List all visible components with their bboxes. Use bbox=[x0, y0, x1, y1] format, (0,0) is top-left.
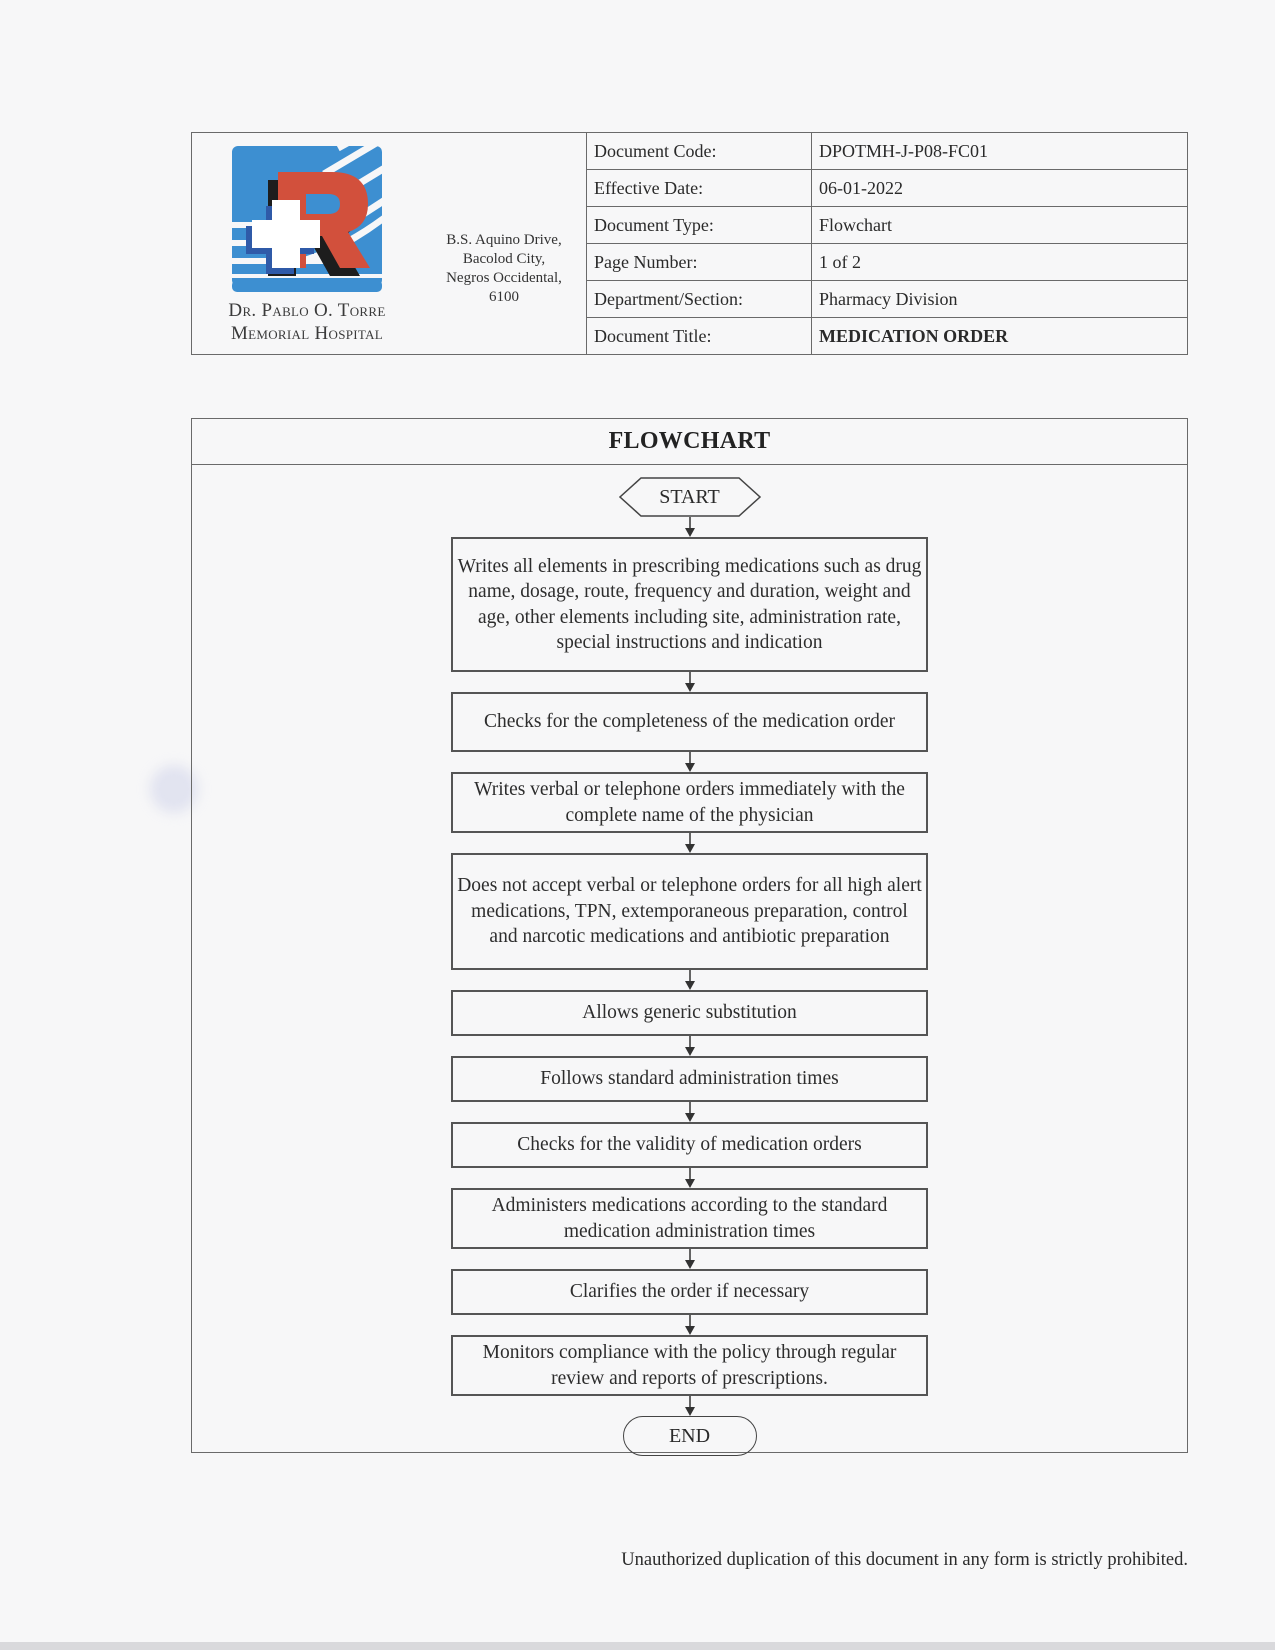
scan-edge bbox=[0, 1642, 1275, 1650]
end-terminal: END bbox=[623, 1416, 757, 1456]
address-line4: 6100 bbox=[424, 288, 584, 307]
meta-row-effective-date: Effective Date: 06-01-2022 bbox=[587, 170, 1187, 207]
flowchart-frame: FLOWCHART START Writes all elements in p… bbox=[191, 418, 1188, 1453]
flow-arrow-down-icon bbox=[683, 1315, 697, 1335]
meta-label: Department/Section: bbox=[587, 281, 812, 317]
flow-arrow-down-icon bbox=[683, 752, 697, 772]
flow-step-3: Writes verbal or telephone orders immedi… bbox=[451, 772, 928, 833]
meta-value-page-number: 1 of 2 bbox=[812, 244, 1187, 280]
hospital-name: Dr. Pablo O. Torre Memorial Hospital bbox=[192, 299, 422, 345]
flow-step-6: Follows standard administration times bbox=[451, 1056, 928, 1102]
meta-label: Document Title: bbox=[587, 318, 812, 354]
flowchart-body: START Writes all elements in prescribing… bbox=[192, 465, 1187, 1456]
start-label: START bbox=[659, 486, 720, 509]
flow-step-1: Writes all elements in prescribing medic… bbox=[451, 537, 928, 672]
meta-value-document-code: DPOTMH-J-P08-FC01 bbox=[812, 133, 1187, 169]
flow-step-2: Checks for the completeness of the medic… bbox=[451, 692, 928, 752]
meta-row-document-code: Document Code: DPOTMH-J-P08-FC01 bbox=[587, 133, 1187, 170]
flow-step-9: Clarifies the order if necessary bbox=[451, 1269, 928, 1315]
meta-row-page-number: Page Number: 1 of 2 bbox=[587, 244, 1187, 281]
flow-step-10: Monitors compliance with the policy thro… bbox=[451, 1335, 928, 1396]
meta-value-effective-date: 06-01-2022 bbox=[812, 170, 1187, 206]
flow-arrow-down-icon bbox=[683, 517, 697, 537]
flowchart-title: FLOWCHART bbox=[192, 419, 1187, 465]
flow-arrow-down-icon bbox=[683, 1102, 697, 1122]
hospital-name-line2: Memorial Hospital bbox=[192, 322, 422, 345]
meta-value-department: Pharmacy Division bbox=[812, 281, 1187, 317]
meta-label: Page Number: bbox=[587, 244, 812, 280]
hospital-address: B.S. Aquino Drive, Bacolod City, Negros … bbox=[424, 231, 584, 307]
hospital-brand: Dr. Pablo O. Torre Memorial Hospital B.S… bbox=[192, 133, 587, 354]
flow-arrow-down-icon bbox=[683, 833, 697, 853]
flow-arrow-down-icon bbox=[683, 1396, 697, 1416]
meta-label: Document Type: bbox=[587, 207, 812, 243]
meta-label: Effective Date: bbox=[587, 170, 812, 206]
start-terminal: START bbox=[619, 477, 761, 517]
meta-row-document-type: Document Type: Flowchart bbox=[587, 207, 1187, 244]
duplication-notice: Unauthorized duplication of this documen… bbox=[540, 1550, 1188, 1571]
flow-step-5: Allows generic substitution bbox=[451, 990, 928, 1036]
address-line1: B.S. Aquino Drive, bbox=[424, 231, 584, 250]
flow-arrow-down-icon bbox=[683, 1168, 697, 1188]
document-header: Dr. Pablo O. Torre Memorial Hospital B.S… bbox=[191, 132, 1188, 355]
meta-row-document-title: Document Title: MEDICATION ORDER bbox=[587, 318, 1187, 354]
hospital-cross-r-logo-icon bbox=[228, 144, 384, 294]
flow-arrow-down-icon bbox=[683, 672, 697, 692]
address-line3: Negros Occidental, bbox=[424, 269, 584, 288]
flow-step-8: Administers medications according to the… bbox=[451, 1188, 928, 1249]
flow-step-4: Does not accept verbal or telephone orde… bbox=[451, 853, 928, 970]
hospital-name-line1: Dr. Pablo O. Torre bbox=[192, 299, 422, 322]
flow-arrow-down-icon bbox=[683, 1036, 697, 1056]
document-meta-table: Document Code: DPOTMH-J-P08-FC01 Effecti… bbox=[587, 133, 1187, 354]
address-line2: Bacolod City, bbox=[424, 250, 584, 269]
meta-label: Document Code: bbox=[587, 133, 812, 169]
flow-arrow-down-icon bbox=[683, 1249, 697, 1269]
meta-value-document-title: MEDICATION ORDER bbox=[812, 318, 1187, 354]
meta-value-document-type: Flowchart bbox=[812, 207, 1187, 243]
flow-step-7: Checks for the validity of medication or… bbox=[451, 1122, 928, 1168]
meta-row-department: Department/Section: Pharmacy Division bbox=[587, 281, 1187, 318]
flow-arrow-down-icon bbox=[683, 970, 697, 990]
